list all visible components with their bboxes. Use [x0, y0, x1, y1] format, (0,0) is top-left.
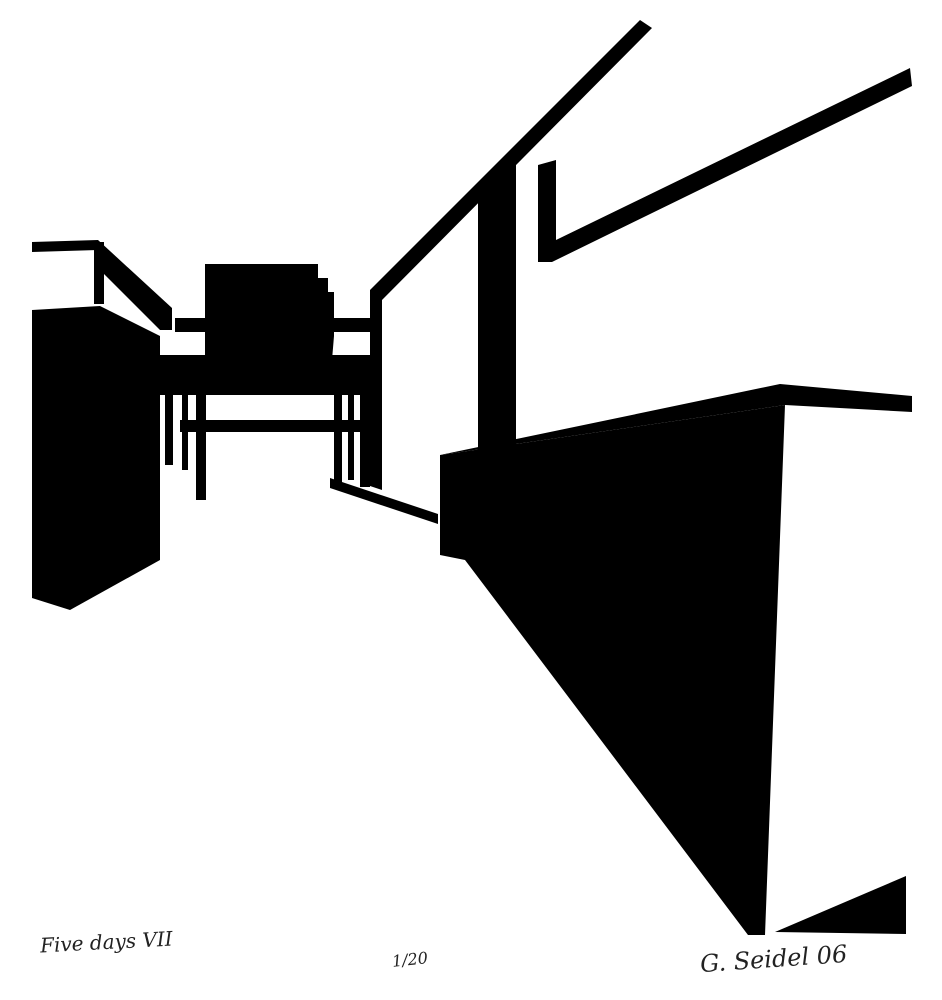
linocut-print: [0, 0, 942, 1000]
far-beam-lower: [160, 355, 375, 395]
left-cabinet: [32, 306, 160, 610]
right-skirting: [330, 478, 438, 524]
floor-wedge: [775, 876, 906, 934]
left-railing-post: [94, 242, 104, 304]
right-post-1: [334, 392, 342, 482]
right-post-3: [360, 392, 370, 487]
far-wall-block: [205, 264, 334, 360]
far-beam-upper: [175, 318, 375, 332]
upper-right-bracket: [538, 68, 912, 262]
pillar: [478, 160, 516, 455]
left-post-3: [165, 395, 173, 465]
right-post-2: [348, 392, 354, 480]
left-post-1: [182, 392, 188, 470]
left-post-2: [196, 392, 206, 500]
edition-number: 1/20: [391, 948, 429, 971]
counter-body: [440, 405, 785, 935]
